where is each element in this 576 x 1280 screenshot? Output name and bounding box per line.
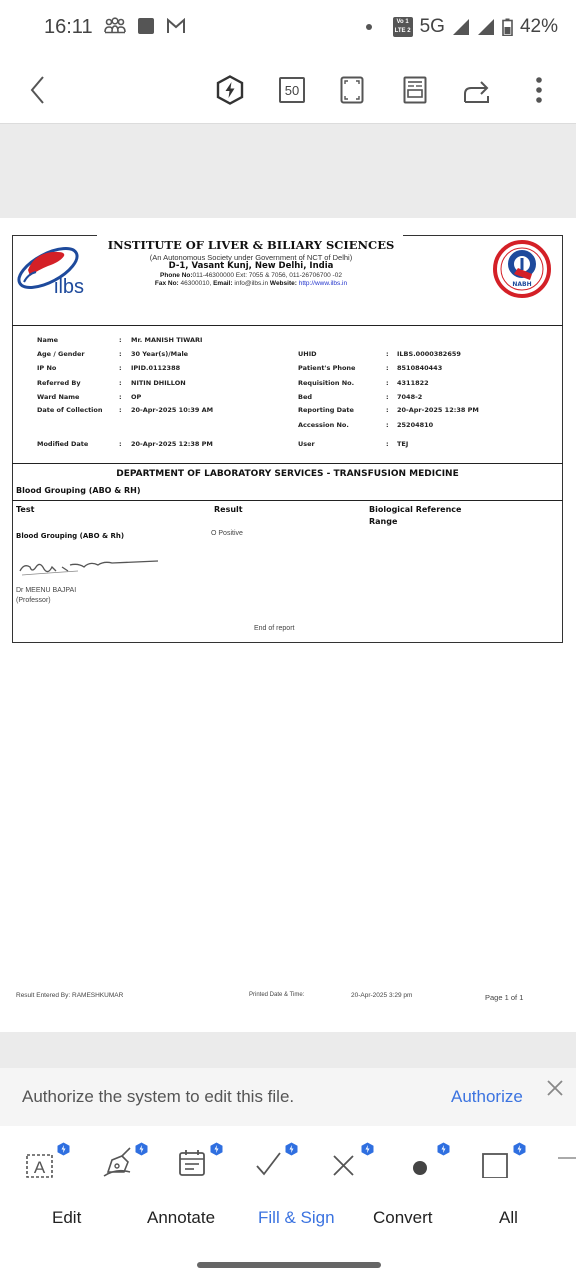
tab-edit[interactable]: Edit (52, 1208, 81, 1228)
tab-annotate[interactable]: Annotate (147, 1208, 215, 1228)
premium-badge-icon (57, 1142, 70, 1156)
field-label: UHID (298, 350, 317, 358)
premium-badge-icon (285, 1142, 298, 1156)
field-value: 4311822 (397, 379, 429, 387)
fullscreen-icon (340, 76, 364, 104)
field-label: IP No (37, 364, 56, 372)
authorize-message: Authorize the system to edit this file. (22, 1087, 294, 1107)
fullscreen-button[interactable] (334, 72, 370, 108)
table-row-result: O Positive (211, 530, 243, 537)
battery-level: 42% (520, 16, 558, 38)
premium-bolt-icon (216, 75, 244, 105)
authorize-button[interactable]: Authorize (451, 1087, 523, 1107)
field-value: IPID.0112388 (131, 364, 180, 372)
field-separator: : (119, 350, 122, 358)
field-label: Requisition No. (298, 379, 354, 387)
field-value: OP (131, 393, 141, 401)
field-separator: : (386, 393, 389, 401)
field-separator: : (119, 336, 122, 344)
notification-dot (366, 24, 372, 30)
svg-text:NABH: NABH (512, 281, 531, 288)
column-reference-range: Biological Reference Range (369, 504, 489, 528)
tab-all[interactable]: All (499, 1208, 518, 1228)
nabh-logo: NABH (492, 240, 552, 298)
field-value: 25204810 (397, 421, 433, 429)
date-tool[interactable] (176, 1138, 216, 1178)
zoom-badge: 50 (279, 77, 305, 103)
column-result: Result (214, 505, 243, 514)
home-indicator[interactable] (197, 1262, 381, 1268)
viewer-toolbar: 50 (0, 56, 576, 124)
patient-info-box (12, 325, 563, 464)
field-separator: : (386, 421, 389, 429)
field-value: NITIN DHILLON (131, 379, 186, 387)
printed-label: Printed Date & Time: (249, 992, 304, 998)
institute-name: INSTITUTE OF LIVER & BILIARY SCIENCES (96, 238, 406, 252)
premium-badge-icon (135, 1142, 148, 1156)
field-value: 8510840443 (397, 364, 442, 372)
signature (18, 557, 158, 586)
field-separator: : (386, 406, 389, 414)
page-number: Page 1 of 1 (485, 993, 523, 1002)
line-tool[interactable] (558, 1157, 576, 1159)
field-label: Name (37, 336, 58, 344)
zoom-level-button[interactable]: 50 (274, 72, 310, 108)
check-tool[interactable] (252, 1138, 292, 1178)
field-separator: : (119, 379, 122, 387)
authorize-banner: Authorize the system to edit this file. … (0, 1068, 576, 1126)
field-separator: : (119, 393, 122, 401)
field-separator: : (386, 379, 389, 387)
department-title: DEPARTMENT OF LABORATORY SERVICES - TRAN… (12, 469, 563, 479)
field-label: Ward Name (37, 393, 79, 401)
field-label: User (298, 440, 315, 448)
field-label: Bed (298, 393, 312, 401)
network-type: 5G (420, 16, 445, 38)
field-value: 20-Apr-2025 12:38 PM (131, 440, 213, 448)
more-options-button[interactable] (521, 72, 557, 108)
field-separator: : (119, 406, 122, 414)
field-value: 20-Apr-2025 10:39 AM (131, 406, 213, 414)
text-box-tool[interactable]: A (24, 1138, 64, 1178)
premium-badge-icon (437, 1142, 450, 1156)
status-time: 16:11 (44, 16, 93, 39)
dot-tool[interactable] (404, 1138, 444, 1178)
svg-text:A: A (34, 1158, 46, 1177)
signal-icon (452, 18, 470, 36)
field-separator: : (386, 364, 389, 372)
field-value: 7048-2 (397, 393, 422, 401)
signal-icon (477, 18, 495, 36)
premium-badge-icon (361, 1142, 374, 1156)
gmail-icon (166, 18, 186, 34)
premium-button[interactable] (212, 72, 248, 108)
nabh-accreditation-icon: NABH (492, 240, 552, 298)
tab-convert[interactable]: Convert (373, 1208, 433, 1228)
signature-icon (18, 557, 158, 581)
institute-phone: Phone No:011-46300000 Ext: 7055 & 7056, … (96, 272, 406, 279)
signer-info: Dr MEENU BAJPAI (Professor) (16, 586, 76, 606)
viewer-background (0, 124, 576, 218)
square-icon (138, 18, 154, 34)
field-separator: : (386, 350, 389, 358)
field-label: Age / Gender (37, 350, 85, 358)
field-value: ILBS.0000382659 (397, 350, 461, 358)
more-icon (535, 76, 543, 104)
svg-text:ilbs: ilbs (54, 276, 84, 298)
reading-mode-icon (403, 76, 427, 104)
field-separator: : (119, 440, 122, 448)
field-label: Reporting Date (298, 406, 354, 414)
field-value: Mr. MANISH TIWARI (131, 336, 202, 344)
field-label: Date of Collection (37, 406, 103, 414)
reading-mode-button[interactable] (397, 72, 433, 108)
back-icon (28, 75, 48, 105)
field-value: TEJ (397, 440, 408, 448)
signer-name: Dr MEENU BAJPAI (16, 586, 76, 596)
field-label: Accession No. (298, 421, 349, 429)
field-label: Referred By (37, 379, 81, 387)
tab-fill-sign[interactable]: Fill & Sign (258, 1208, 335, 1228)
status-bar: 16:11 Vo 1LTE 2 5G 42% (0, 0, 576, 56)
share-icon (462, 76, 492, 104)
field-separator: : (119, 364, 122, 372)
table-row-test: Blood Grouping (ABO & Rh) (16, 531, 126, 541)
field-value: 20-Apr-2025 12:38 PM (397, 406, 479, 414)
printed-value: 20-Apr-2025 3:29 pm (351, 992, 412, 999)
bottom-tools: A Edit Annotate Fill & Sign Convert All (0, 1126, 576, 1280)
close-icon (545, 1078, 565, 1098)
column-test: Test (16, 505, 34, 514)
pen-sign-tool[interactable] (100, 1138, 140, 1178)
field-separator: : (386, 440, 389, 448)
institute-contacts: Fax No: 46300010, Email: info@ilbs.in We… (96, 280, 406, 287)
back-button[interactable] (20, 72, 56, 108)
end-of-report: End of report (254, 625, 294, 632)
result-entered-by: Result Entered By: RAMESHKUMAR (16, 992, 123, 999)
table-divider (12, 500, 563, 501)
premium-badge-icon (513, 1142, 526, 1156)
field-label: Modified Date (37, 440, 88, 448)
battery-icon (502, 18, 513, 36)
ilbs-logo: ilbs (14, 240, 96, 298)
people-icon (104, 17, 126, 35)
liver-logo-icon: ilbs (14, 240, 96, 298)
rectangle-tool[interactable] (480, 1138, 520, 1178)
field-value: 30 Year(s)/Male (131, 350, 188, 358)
section-title: Blood Grouping (ABO & RH) (16, 486, 141, 495)
signer-title: (Professor) (16, 596, 76, 606)
cross-tool[interactable] (328, 1138, 368, 1178)
pen-sign-icon (100, 1138, 140, 1178)
website-link[interactable]: http://www.ilbs.in (299, 280, 347, 287)
premium-badge-icon (210, 1142, 223, 1156)
close-banner-button[interactable] (545, 1078, 569, 1102)
field-label: Patient's Phone (298, 364, 355, 372)
volte-icon: Vo 1LTE 2 (393, 17, 413, 37)
viewer-background (0, 1032, 576, 1068)
share-button[interactable] (459, 72, 495, 108)
institute-address: D-1, Vasant Kunj, New Delhi, India (96, 261, 406, 271)
